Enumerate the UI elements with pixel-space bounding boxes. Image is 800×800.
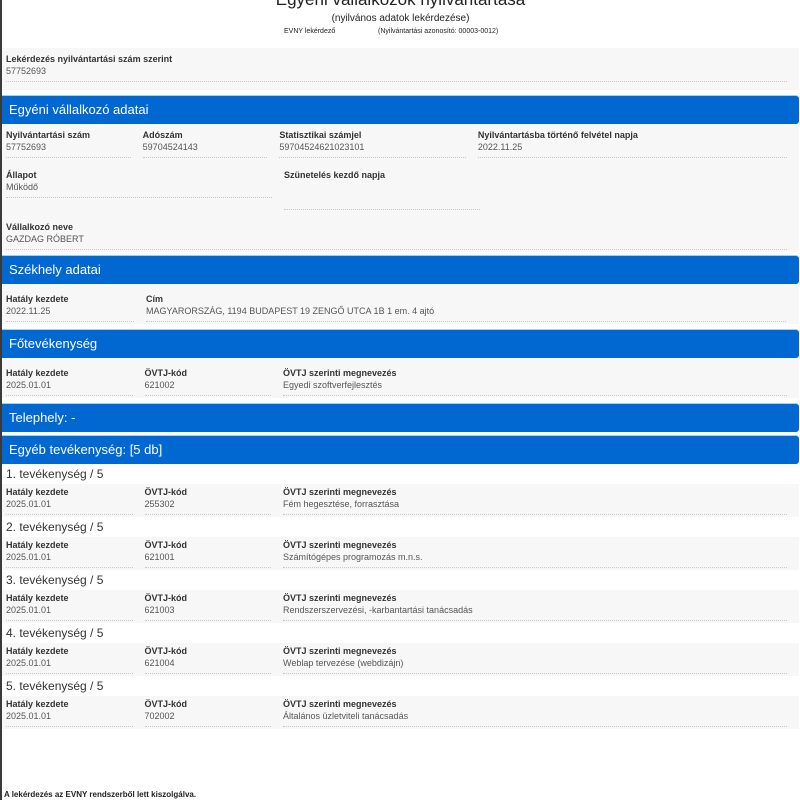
activity-effective-label: Hatály kezdete [6,593,133,605]
main-effective-value: 2025.01.01 [6,380,133,396]
activity-effective-value: 2025.01.01 [6,499,133,515]
activity-code-value: 621004 [145,658,272,674]
page-title: Egyéni vállalkozók nyilvántartása [2,0,799,10]
activity-code-label: ÖVTJ-kód [145,646,272,658]
suspension-field: Szünetelés kezdő napja [284,164,480,210]
seat-effective-field: Hatály kezdete 2022.11.25 [6,288,134,322]
activity-code-value: 255302 [145,499,272,515]
activity-item: 4. tevékenység / 5 Hatály kezdete 2025.0… [2,623,799,676]
registry-id: (Nyilvántartási azonosító: 00003-0012) [378,28,498,35]
status-label: Állapot [6,170,272,182]
activity-code-field: ÖVTJ-kód 621004 [145,643,272,674]
activity-code-field: ÖVTJ-kód 621001 [145,537,272,568]
main-name-value: Egyedi szoftverfejlesztés [283,380,787,396]
activity-effective-field: Hatály kezdete 2025.01.01 [6,643,133,674]
activity-effective-field: Hatály kezdete 2025.01.01 [6,590,133,621]
seat-row: Hatály kezdete 2022.11.25 Cím MAGYARORSZ… [2,284,799,324]
activity-effective-label: Hatály kezdete [6,540,133,552]
activity-row: Hatály kezdete 2025.01.01 ÖVTJ-kód 62100… [2,590,799,623]
activity-item: 3. tevékenység / 5 Hatály kezdete 2025.0… [2,570,799,623]
activity-code-label: ÖVTJ-kód [145,540,272,552]
name-label: Vállalkozó neve [6,222,787,234]
stat-number-value: 59704524621023101 [279,142,466,158]
activity-effective-value: 2025.01.01 [6,711,133,727]
activity-name-field: ÖVTJ szerinti megnevezés Weblap tervezés… [283,643,787,674]
reg-number-value: 57752693 [6,142,131,158]
entrepreneur-row-1: Nyilvántartási szám 57752693 Adószám 597… [2,124,799,158]
reg-date-value: 2022.11.25 [478,142,787,158]
activity-name-field: ÖVTJ szerinti megnevezés Rendszerszervez… [283,590,787,621]
main-activity-row: Hatály kezdete 2025.01.01 ÖVTJ-kód 62100… [2,358,799,398]
other-activities-list: 1. tevékenység / 5 Hatály kezdete 2025.0… [2,464,799,729]
activity-heading: 3. tevékenység / 5 [2,570,799,590]
activity-name-value: Rendszerszervezési, -karbantartási tanác… [283,605,787,621]
reg-number-label: Nyilvántartási szám [6,130,131,142]
suspension-label: Szünetelés kezdő napja [284,170,480,182]
activity-code-label: ÖVTJ-kód [145,593,272,605]
reg-number-field: Nyilvántartási szám 57752693 [6,124,131,158]
activity-item: 2. tevékenység / 5 Hatály kezdete 2025.0… [2,517,799,570]
activity-heading: 5. tevékenység / 5 [2,676,799,696]
activity-name-field: ÖVTJ szerinti megnevezés Általános üzlet… [283,696,787,727]
activity-name-field: ÖVTJ szerinti megnevezés Számítógépes pr… [283,537,787,568]
main-code-value: 621002 [145,380,272,396]
activity-effective-label: Hatály kezdete [6,487,133,499]
activity-row: Hatály kezdete 2025.01.01 ÖVTJ-kód 62100… [2,537,799,570]
activity-code-field: ÖVTJ-kód 621003 [145,590,272,621]
activity-name-label: ÖVTJ szerinti megnevezés [283,540,787,552]
main-code-field: ÖVTJ-kód 621002 [145,362,272,396]
seat-effective-value: 2022.11.25 [6,306,134,322]
activity-effective-field: Hatály kezdete 2025.01.01 [6,484,133,515]
activity-code-value: 621003 [145,605,272,621]
activity-name-value: Számítógépes programozás m.n.s. [283,552,787,568]
activity-effective-value: 2025.01.01 [6,552,133,568]
main-effective-field: Hatály kezdete 2025.01.01 [6,362,133,396]
activity-name-value: Fém hegesztése, forrasztása [283,499,787,515]
query-row: Lekérdezés nyilvántartási szám szerint 5… [2,48,799,90]
activity-effective-value: 2025.01.01 [6,605,133,621]
activity-effective-value: 2025.01.01 [6,658,133,674]
activity-name-label: ÖVTJ szerinti megnevezés [283,646,787,658]
stat-number-label: Statisztikai számjel [279,130,466,142]
main-effective-label: Hatály kezdete [6,368,133,380]
seat-effective-label: Hatály kezdete [6,294,134,306]
name-field: Vállalkozó neve GAZDAG RÓBERT [6,216,787,250]
activity-row: Hatály kezdete 2025.01.01 ÖVTJ-kód 70200… [2,696,799,729]
activity-name-label: ÖVTJ szerinti megnevezés [283,699,787,711]
registry-page: Egyéni vállalkozók nyilvántartása (nyilv… [2,0,799,729]
activity-row: Hatály kezdete 2025.01.01 ÖVTJ-kód 25530… [2,484,799,517]
activity-code-value: 621001 [145,552,272,568]
activity-name-label: ÖVTJ szerinti megnevezés [283,593,787,605]
query-value: 57752693 [6,66,787,82]
activity-item: 5. tevékenység / 5 Hatály kezdete 2025.0… [2,676,799,729]
section-header-premises: Telephely: - [2,404,799,432]
activity-code-label: ÖVTJ-kód [145,487,272,499]
entrepreneur-row-3: Vállalkozó neve GAZDAG RÓBERT [2,210,799,252]
section-header-main-activity: Főtevékenység [2,330,799,358]
activity-name-field: ÖVTJ szerinti megnevezés Fém hegesztése,… [283,484,787,515]
query-field: Lekérdezés nyilvántartási szám szerint 5… [6,48,787,82]
activity-code-field: ÖVTJ-kód 702002 [145,696,272,727]
page-subtitle: (nyilvános adatok lekérdezése) [2,13,799,24]
activity-heading: 1. tevékenység / 5 [2,464,799,484]
seat-address-field: Cím MAGYARORSZÁG, 1194 BUDAPEST 19 ZENGŐ… [146,288,786,322]
page-header: Egyéni vállalkozók nyilvántartása (nyilv… [2,0,799,48]
section-header-other-activities: Egyéb tevékenység: [5 db] [2,436,799,464]
reg-date-label: Nyilvántartásba történő felvétel napja [478,130,787,142]
activity-effective-field: Hatály kezdete 2025.01.01 [6,537,133,568]
status-value: Működő [6,182,272,198]
activity-effective-label: Hatály kezdete [6,646,133,658]
tax-number-field: Adószám 59704524143 [143,124,268,158]
activity-code-value: 702002 [145,711,272,727]
stat-number-field: Statisztikai számjel 59704524621023101 [279,124,466,158]
activity-row: Hatály kezdete 2025.01.01 ÖVTJ-kód 62100… [2,643,799,676]
status-field: Állapot Működő [6,164,272,210]
activity-effective-label: Hatály kezdete [6,699,133,711]
section-header-entrepreneur: Egyéni vállalkozó adatai [2,96,799,124]
suspension-value [284,194,480,210]
query-label: Lekérdezés nyilvántartási szám szerint [6,54,787,66]
name-value: GAZDAG RÓBERT [6,234,787,250]
main-name-label: ÖVTJ szerinti megnevezés [283,368,787,380]
main-name-field: ÖVTJ szerinti megnevezés Egyedi szoftver… [283,362,787,396]
reg-date-field: Nyilvántartásba történő felvétel napja 2… [478,124,787,158]
footer-note: A lekérdezés az EVNY rendszerből lett ki… [4,790,196,799]
activity-heading: 2. tevékenység / 5 [2,517,799,537]
activity-effective-field: Hatály kezdete 2025.01.01 [6,696,133,727]
activity-name-value: Általános üzletviteli tanácsadás [283,711,787,727]
section-header-seat: Székhely adatai [2,256,799,284]
entrepreneur-row-2: Állapot Működő Szünetelés kezdő napja [2,158,799,210]
tax-number-label: Adószám [143,130,268,142]
activity-code-label: ÖVTJ-kód [145,699,272,711]
activity-name-value: Weblap tervezése (webdizájn) [283,658,787,674]
seat-address-value: MAGYARORSZÁG, 1194 BUDAPEST 19 ZENGŐ UTC… [146,306,786,322]
query-source: EVNY lekérdező [284,28,335,35]
tax-number-value: 59704524143 [143,142,268,158]
activity-heading: 4. tevékenység / 5 [2,623,799,643]
activity-name-label: ÖVTJ szerinti megnevezés [283,487,787,499]
seat-address-label: Cím [146,294,786,306]
main-code-label: ÖVTJ-kód [145,368,272,380]
activity-code-field: ÖVTJ-kód 255302 [145,484,272,515]
activity-item: 1. tevékenység / 5 Hatály kezdete 2025.0… [2,464,799,517]
